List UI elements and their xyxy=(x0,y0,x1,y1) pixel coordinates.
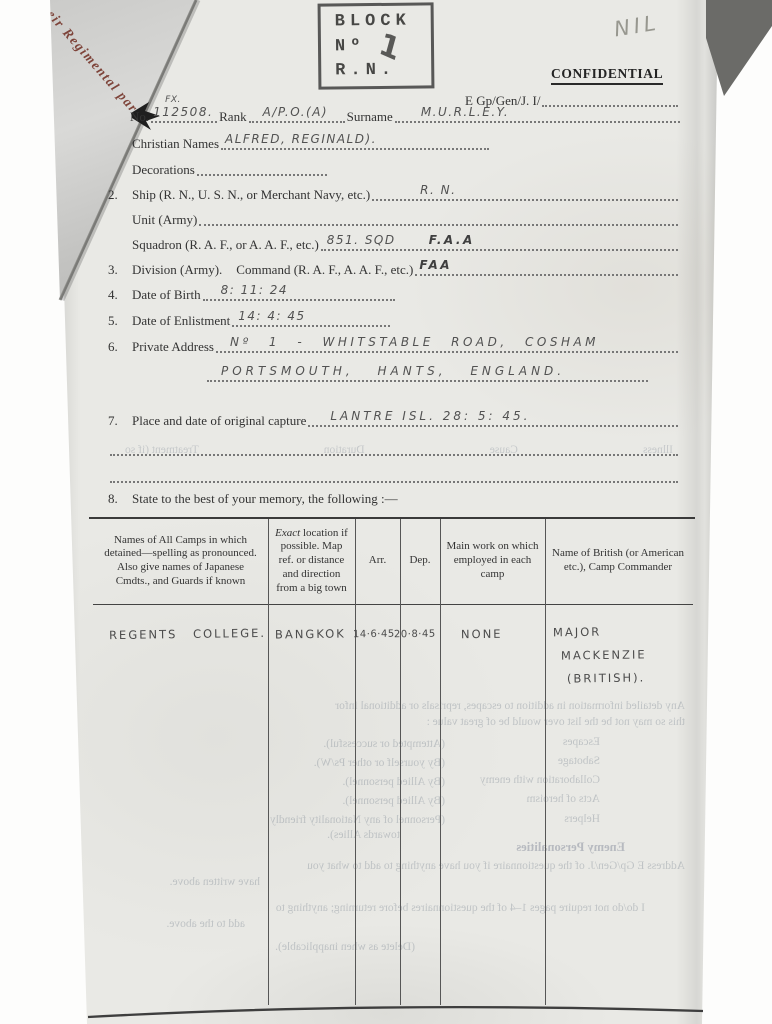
column-header-camps: Names of All Camps in which detained—spe… xyxy=(99,519,262,603)
form-line-memory-statement: 8. State to the best of your memory, the… xyxy=(108,492,680,507)
item-number: 5. xyxy=(108,314,132,329)
field-entry: Nº 1 - WHITSTABLE ROAD, COSHAM xyxy=(216,338,678,353)
item-number: 2. xyxy=(108,188,132,203)
item-number: 3. xyxy=(108,263,132,278)
form-line-place-of-capture: 7. Place and date of original capture LA… xyxy=(108,412,680,429)
field-label: Rank xyxy=(219,110,246,125)
handwritten-value: Nº 1 - WHITSTABLE ROAD, COSHAM xyxy=(230,336,599,350)
continuation-dotted-line xyxy=(108,468,680,485)
item-number: 6. xyxy=(108,340,132,355)
field-entry: 851. SQD F.A.A xyxy=(321,236,678,251)
field-entry xyxy=(199,211,678,226)
column-header-location: Exact location if possible. Map ref. or … xyxy=(272,519,351,603)
table-cell-commander-line2: MACKENZIE xyxy=(561,647,647,662)
form-line-date-of-birth: 4. Date of Birth 8: 11: 24 xyxy=(108,286,680,303)
form-line-private-address: 6. Private Address Nº 1 - WHITSTABLE ROA… xyxy=(108,338,680,355)
field-entry: LANTRE ISL. 28: 5: 45. xyxy=(308,412,678,427)
column-header-arrived: Arr. xyxy=(355,519,400,603)
field-label: Ship (R. N., U. S. N., or Merchant Navy,… xyxy=(132,188,370,203)
table-cell-arrival-date: 14·6·45 xyxy=(353,629,395,641)
field-label: Squadron (R. A. F., or A. A. F., etc.) xyxy=(132,238,319,253)
table-cell-location: BANGKOK xyxy=(275,627,346,642)
item-number: 7. xyxy=(108,414,132,429)
table-cell-commander-line3: (BRITISH). xyxy=(567,670,645,685)
handwritten-value: 851. SQD xyxy=(327,234,396,248)
dotted-leader xyxy=(110,468,678,483)
form-line-unit: Unit (Army) xyxy=(108,211,680,228)
field-label: Surname xyxy=(347,110,393,125)
field-label: Christian Names xyxy=(132,137,219,152)
handwritten-value: LANTRE ISL. 28: 5: 45. xyxy=(330,410,530,424)
table-cell-main-work: NONE xyxy=(461,627,503,642)
form-line-private-address-2: PORTSMOUTH, HANTS, ENGLAND. xyxy=(205,367,650,384)
item-number: 8. xyxy=(108,492,132,507)
field-label: Division (Army). xyxy=(132,263,222,278)
table-column-line xyxy=(440,519,441,1005)
field-label: Decorations xyxy=(132,163,195,178)
column-header-work: Main work on which employed in each camp xyxy=(444,519,541,603)
column-header-text: Exact location if possible. Map ref. or … xyxy=(272,527,351,596)
form-line-ship: 2. Ship (R. N., U. S. N., or Merchant Na… xyxy=(108,186,680,203)
form-line-christian-names: Christian Names ALFRED, REGINALD). xyxy=(108,135,680,152)
handwritten-value: R. N. xyxy=(420,184,456,198)
classification-banner: CONFIDENTIAL xyxy=(551,66,663,85)
table-cell-camp-name: REGENTS COLLEGE. xyxy=(109,626,266,642)
column-header-commander: Name of British (or American etc.), Camp… xyxy=(549,519,687,603)
handwritten-value: M.U.R.L.E.Y. xyxy=(421,106,509,120)
field-label: Private Address xyxy=(132,340,214,355)
field-entry: M.U.R.L.E.Y. xyxy=(395,108,680,123)
handwritten-value: A/P.O.(A) xyxy=(263,106,329,120)
form-line-number-rank-surname: No. FX. 112508. Rank A/P.O.(A) Surname M… xyxy=(130,108,682,125)
form-line-squadron: Squadron (R. A. F., or A. A. F., etc.) 8… xyxy=(108,236,680,253)
field-entry: 14: 4: 45 xyxy=(232,312,390,327)
form-line-decorations: Decorations xyxy=(108,161,680,178)
field-entry: FX. 112508. xyxy=(151,108,217,123)
table-header-rule xyxy=(93,604,693,605)
table-column-line xyxy=(268,519,269,1005)
scanned-pow-questionnaire-page: Illness Cause Duration Treatment (if so … xyxy=(0,0,772,1024)
column-header-italic: Exact xyxy=(275,527,300,539)
handwritten-value: FX. xyxy=(165,95,181,105)
field-label: Unit (Army) xyxy=(132,213,197,228)
field-label: No. xyxy=(130,110,149,125)
handwritten-value: FAA xyxy=(419,259,452,273)
handwritten-value: 14: 4: 45 xyxy=(238,310,305,324)
field-entry: ALFRED, REGINALD). xyxy=(221,135,489,150)
table-cell-commander-line1: MAJOR xyxy=(553,625,601,640)
column-header-departed: Dep. xyxy=(400,519,440,603)
continuation-dotted-line xyxy=(108,441,680,458)
field-label: Date of Enlistment xyxy=(132,314,230,329)
field-entry: 8: 11: 24 xyxy=(203,286,395,301)
field-entry: PORTSMOUTH, HANTS, ENGLAND. xyxy=(207,367,648,382)
field-label: Date of Birth xyxy=(132,288,201,303)
table-column-line xyxy=(545,519,546,1005)
form-line-date-of-enlistment: 5. Date of Enlistment 14: 4: 45 xyxy=(108,312,680,329)
handwritten-value: PORTSMOUTH, HANTS, ENGLAND. xyxy=(221,365,565,379)
camps-table: Names of All Camps in which detained—spe… xyxy=(95,517,691,1014)
handwritten-value: 8: 11: 24 xyxy=(221,284,288,298)
field-entry: R. N. xyxy=(372,186,678,201)
block-number-stamp: BLOCK Nº R.N. 1 xyxy=(318,2,435,89)
form-line-division-command: 3. Division (Army). Command (R. A. F., A… xyxy=(108,261,680,278)
handwritten-value: F.A.A xyxy=(429,234,475,248)
table-cell-departure-date: 20·8·45 xyxy=(394,629,436,641)
field-entry: A/P.O.(A) xyxy=(249,108,345,123)
dotted-leader xyxy=(542,92,678,107)
field-label: Command (R. A. F., A. A. F., etc.) xyxy=(236,263,413,278)
field-label: Place and date of original capture xyxy=(132,414,306,429)
field-label: State to the best of your memory, the fo… xyxy=(132,492,398,507)
handwritten-value: ALFRED, REGINALD). xyxy=(225,133,377,147)
dotted-leader xyxy=(110,441,678,456)
field-entry: FAA xyxy=(415,261,678,276)
field-entry xyxy=(197,161,327,176)
handwritten-value: 112508. xyxy=(153,106,213,120)
item-number: 4. xyxy=(108,288,132,303)
